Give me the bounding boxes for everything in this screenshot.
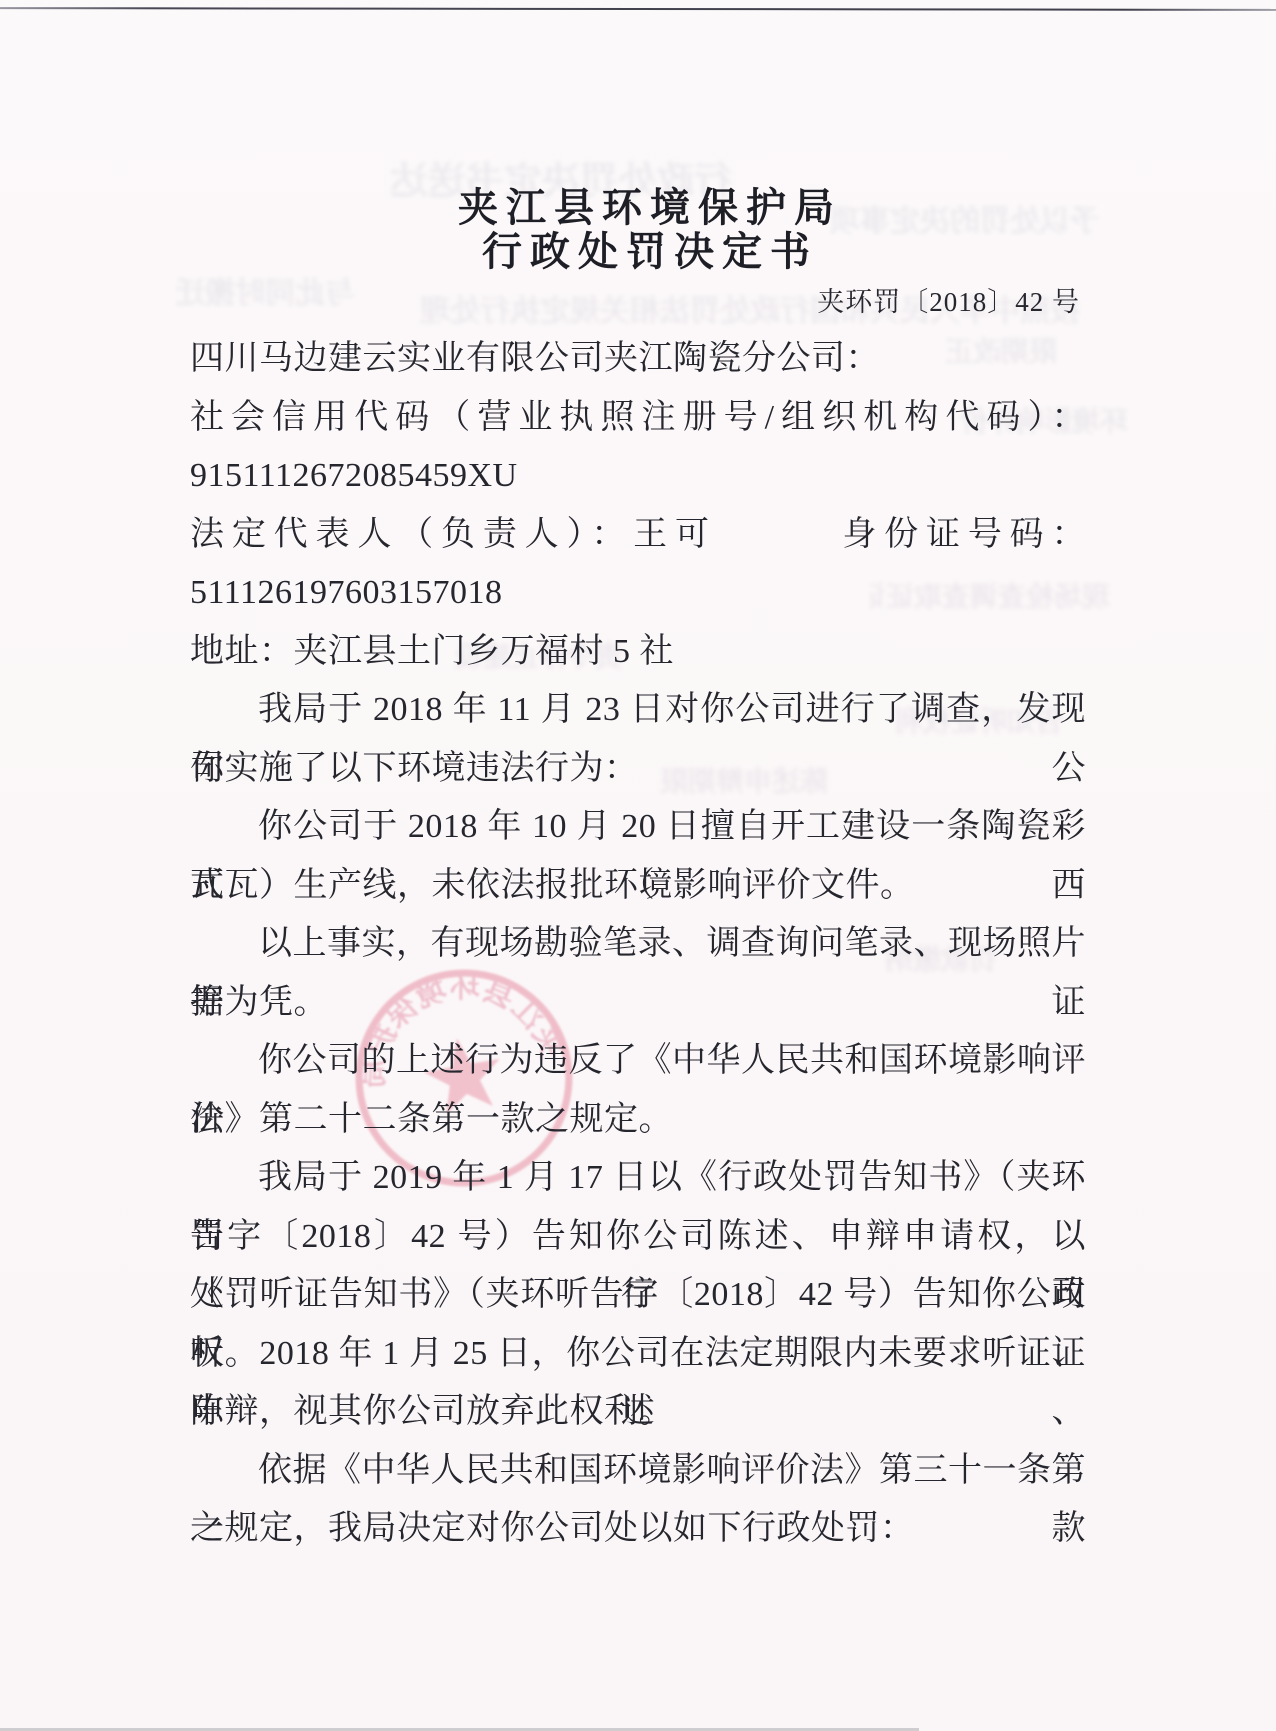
title-line-2: 行政处罚决定书 (12, 230, 1276, 274)
body-line: 以上事实，有现场勘验笔录、调查询问笔录、现场照片等证 (190, 915, 1086, 974)
body-line: 地址：夹江县土门乡万福村 5 社 (190, 623, 1086, 682)
body-line: 法定代表人（负责人）：王可 身份证号码： (190, 506, 1086, 565)
body-line: 社会信用代码（营业执照注册号/组织机构代码）： (190, 389, 1086, 448)
body-line: 你公司于 2018 年 10 月 20 日擅自开工建设一条陶瓷彩瓦（西 (190, 798, 1086, 857)
scan-edge-top-line (0, 7, 1276, 11)
document-body: 四川马边建云实业有限公司夹江陶瓷分公司：社会信用代码（营业执照注册号/组织机构代… (190, 330, 1086, 1559)
bleedthrough-text: 与此同时搬迁 (175, 268, 355, 312)
body-line: 我局于 2019 年 1 月 17 日以《行政处罚告知书》（夹环罚 (190, 1149, 1086, 1208)
document-title: 夹江县环境保护局 行政处罚决定书 (12, 186, 1276, 274)
body-line: 权。2018 年 1 月 25 日，你公司在法定期限内未要求听证、陈述、 (190, 1325, 1086, 1384)
body-line: 我局于 2018 年 11 月 23 日对你公司进行了调查，发现你公 (190, 681, 1086, 740)
body-line: 511126197603157018 (190, 564, 1086, 623)
body-line: 法》第二十二条第一款之规定。 (190, 1091, 1086, 1150)
body-line: 告字〔2018〕42 号）告知你公司陈述、申辩申请权，以《行政 (190, 1208, 1086, 1267)
body-line: 处罚听证告知书》（夹环听告字〔2018〕42 号）告知你公司听证 (190, 1266, 1086, 1325)
scanned-document-page: 行政处罚决定书送达予以处罚的决定事项与此同时搬迁按照中华人民共和国行政处罚法相关… (0, 0, 1276, 1731)
body-line: 四川马边建云实业有限公司夹江陶瓷分公司： (190, 330, 1086, 389)
body-line: 你公司的上述行为违反了《中华人民共和国环境影响评价 (190, 1032, 1086, 1091)
document-number: 夹环罚〔2018〕42 号 (817, 280, 1080, 319)
body-line: 依据《中华人民共和国环境影响评价法》第三十一条第一款 (190, 1442, 1086, 1501)
body-line: 9151112672085459XU (190, 447, 1086, 506)
title-line-1: 夹江县环境保护局 (12, 186, 1276, 230)
